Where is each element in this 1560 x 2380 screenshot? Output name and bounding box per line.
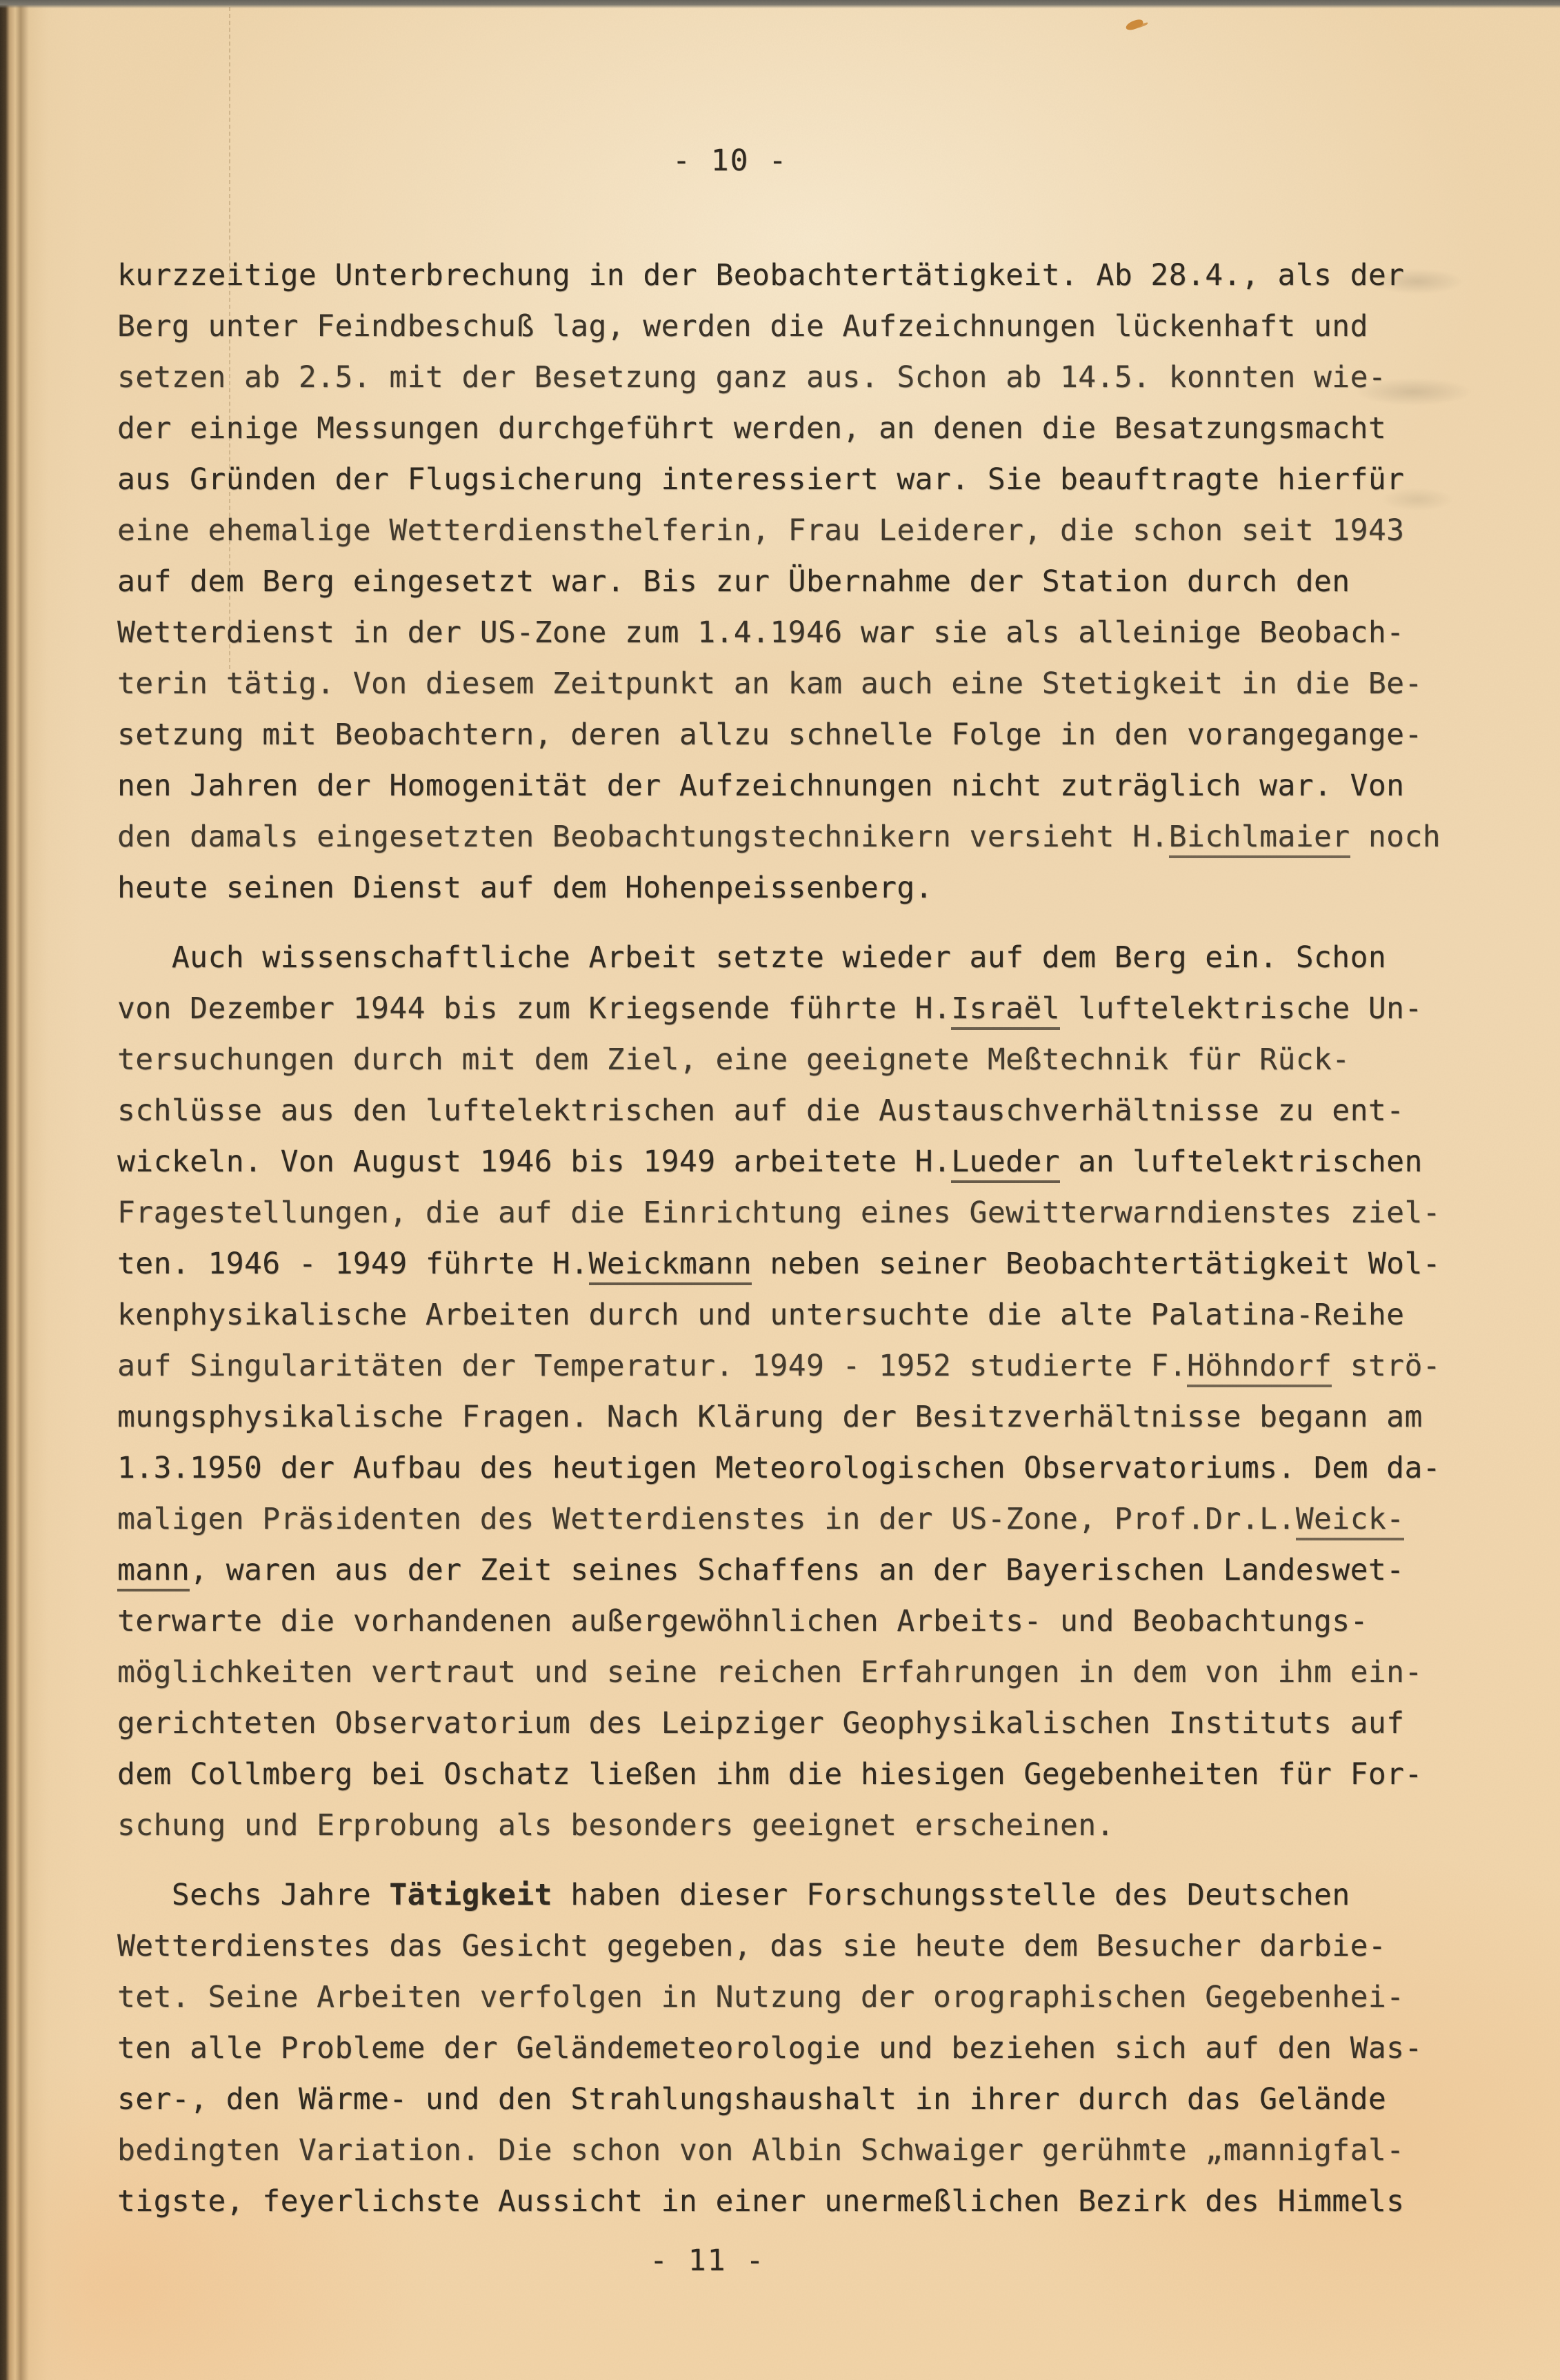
text-segment: neben seiner Beobachtertätigkeit Wol- (752, 1247, 1441, 1281)
text-line: schlüsse aus den luftelektrischen auf di… (117, 1085, 1469, 1136)
text-line: heute seinen Dienst auf dem Hohenpeissen… (117, 862, 1469, 913)
text-line: den damals eingesetzten Beobachtungstech… (117, 811, 1469, 862)
text-segment: bedingten Variation. Die schon von Albin… (117, 2133, 1404, 2168)
text-line: terwarte die vorhandenen außergewöhnlich… (117, 1596, 1469, 1647)
text-segment: Fragestellungen, die auf die Einrichtung… (117, 1196, 1441, 1230)
scan-top-edge (0, 0, 1560, 8)
underlined-name: Lueder (951, 1144, 1060, 1183)
text-line: kurzzeitige Unterbrechung in der Beobach… (117, 250, 1469, 301)
text-line: terin tätig. Von diesem Zeitpunkt an kam… (117, 658, 1469, 709)
text-line: tersuchungen durch mit dem Ziel, eine ge… (117, 1034, 1469, 1085)
underlined-name: Israël (951, 991, 1060, 1030)
paragraph: Auch wissenschaftliche Arbeit setzte wie… (117, 932, 1469, 1851)
text-segment: terwarte die vorhandenen außergewöhnlich… (117, 1604, 1368, 1638)
text-line: aus Gründen der Flugsicherung interessie… (117, 454, 1469, 505)
text-line: ten. 1946 - 1949 führte H.Weickmann nebe… (117, 1238, 1469, 1289)
text-segment: Wetterdienst in der US-Zone zum 1.4.1946… (117, 615, 1404, 650)
text-line: auf Singularitäten der Temperatur. 1949 … (117, 1340, 1469, 1391)
text-line: dem Collmberg bei Oschatz ließen ihm die… (117, 1749, 1469, 1800)
pencil-mark (1125, 18, 1144, 31)
text-line: Sechs Jahre Tätigkeit haben dieser Forsc… (117, 1870, 1469, 1921)
text-segment: heute seinen Dienst auf dem Hohenpeissen… (117, 871, 933, 905)
text-segment: gerichteten Observatorium des Leipziger … (117, 1706, 1404, 1741)
text-segment: ser-, den Wärme- und den Strahlungshaush… (117, 2082, 1386, 2116)
text-line: Berg unter Feindbeschuß lag, werden die … (117, 301, 1469, 352)
book-spine-edge (0, 0, 83, 2380)
text-segment: kenphysikalische Arbeiten durch und unte… (117, 1298, 1404, 1332)
text-line: maligen Präsidenten des Wetterdienstes i… (117, 1494, 1469, 1545)
text-segment: Auch wissenschaftliche Arbeit setzte wie… (117, 940, 1386, 975)
text-segment: möglichkeiten vertraut und seine reichen… (117, 1655, 1423, 1689)
underlined-name: mann (117, 1553, 190, 1591)
text-segment: den damals eingesetzten Beobachtungstech… (117, 820, 1169, 854)
text-segment: 1.3.1950 der Aufbau des heutigen Meteoro… (117, 1451, 1441, 1485)
document-text: kurzzeitige Unterbrechung in der Beobach… (117, 250, 1469, 2227)
text-line: setzen ab 2.5. mit der Besetzung ganz au… (117, 352, 1469, 403)
text-line: mann, waren aus der Zeit seines Schaffen… (117, 1545, 1469, 1596)
text-segment: setzung mit Beobachtern, deren allzu sch… (117, 717, 1423, 752)
text-segment: , waren aus der Zeit seines Schaffens an… (190, 1553, 1404, 1587)
text-segment: aus Gründen der Flugsicherung interessie… (117, 462, 1404, 497)
text-line: Fragestellungen, die auf die Einrichtung… (117, 1187, 1469, 1238)
text-segment: tigste, feyerlichste Aussicht in einer u… (117, 2184, 1404, 2219)
text-line: mungsphysikalische Fragen. Nach Klärung … (117, 1391, 1469, 1442)
text-segment: luftelektrische Un- (1060, 991, 1423, 1026)
text-line: eine ehemalige Wetterdiensthelferin, Fra… (117, 505, 1469, 556)
text-line: tet. Seine Arbeiten verfolgen in Nutzung… (117, 1972, 1469, 2023)
text-line: 1.3.1950 der Aufbau des heutigen Meteoro… (117, 1442, 1469, 1494)
text-segment: schung und Erprobung als besonders geeig… (117, 1808, 1114, 1843)
text-line: bedingten Variation. Die schon von Albin… (117, 2125, 1469, 2176)
text-segment: nen Jahren der Homogenität der Aufzeichn… (117, 768, 1404, 803)
underlined-name: Bichlmaier (1169, 820, 1350, 858)
text-segment: dem Collmberg bei Oschatz ließen ihm die… (117, 1757, 1423, 1792)
scanned-document-page: - 10 - kurzzeitige Unterbrechung in der … (0, 0, 1560, 2380)
text-segment: schlüsse aus den luftelektrischen auf di… (117, 1093, 1404, 1128)
text-segment: Berg unter Feindbeschuß lag, werden die … (117, 309, 1368, 344)
text-segment: ten. 1946 - 1949 führte H. (117, 1247, 589, 1281)
text-line: wickeln. Von August 1946 bis 1949 arbeit… (117, 1136, 1469, 1187)
text-segment: setzen ab 2.5. mit der Besetzung ganz au… (117, 360, 1386, 395)
text-segment: maligen Präsidenten des Wetterdienstes i… (117, 1502, 1296, 1536)
text-segment: wickeln. Von August 1946 bis 1949 arbeit… (117, 1144, 951, 1179)
text-segment: kurzzeitige Unterbrechung in der Beobach… (117, 258, 1404, 292)
text-line: auf dem Berg eingesetzt war. Bis zur Übe… (117, 556, 1469, 607)
paragraph: kurzzeitige Unterbrechung in der Beobach… (117, 250, 1469, 913)
text-segment: von Dezember 1944 bis zum Kriegsende füh… (117, 991, 951, 1026)
text-line: nen Jahren der Homogenität der Aufzeichn… (117, 760, 1469, 811)
text-segment: noch (1350, 820, 1441, 854)
text-segment: der einige Messungen durchgeführt werden… (117, 411, 1386, 446)
page-number-bottom: - 11 - (650, 2243, 765, 2278)
underlined-name: Weickmann (589, 1247, 752, 1285)
text-line: Wetterdienst in der US-Zone zum 1.4.1946… (117, 607, 1469, 658)
text-segment: mungsphysikalische Fragen. Nach Klärung … (117, 1400, 1423, 1434)
text-segment: Wetterdienstes das Gesicht gegeben, das … (117, 1929, 1386, 1963)
text-segment: Tätigkeit (389, 1878, 552, 1912)
text-line: ser-, den Wärme- und den Strahlungshaush… (117, 2074, 1469, 2125)
text-line: der einige Messungen durchgeführt werden… (117, 403, 1469, 454)
text-segment: an luftelektrischen (1060, 1144, 1423, 1179)
text-segment: terin tätig. Von diesem Zeitpunkt an kam… (117, 666, 1423, 701)
text-line: gerichteten Observatorium des Leipziger … (117, 1698, 1469, 1749)
text-segment: tersuchungen durch mit dem Ziel, eine ge… (117, 1042, 1350, 1077)
underlined-name: Weick- (1296, 1502, 1405, 1540)
text-segment: ten alle Probleme der Geländemeteorologi… (117, 2031, 1423, 2065)
text-segment: tet. Seine Arbeiten verfolgen in Nutzung… (117, 1980, 1404, 2014)
text-segment: Sechs Jahre (117, 1878, 389, 1912)
paragraph: Sechs Jahre Tätigkeit haben dieser Forsc… (117, 1870, 1469, 2227)
text-line: Wetterdienstes das Gesicht gegeben, das … (117, 1921, 1469, 1972)
text-line: setzung mit Beobachtern, deren allzu sch… (117, 709, 1469, 760)
text-segment: eine ehemalige Wetterdiensthelferin, Fra… (117, 513, 1404, 548)
text-line: von Dezember 1944 bis zum Kriegsende füh… (117, 983, 1469, 1034)
text-segment: strö- (1332, 1349, 1441, 1383)
text-segment: auf dem Berg eingesetzt war. Bis zur Übe… (117, 564, 1350, 599)
text-line: möglichkeiten vertraut und seine reichen… (117, 1647, 1469, 1698)
underlined-name: Höhndorf (1187, 1349, 1332, 1387)
text-line: tigste, feyerlichste Aussicht in einer u… (117, 2176, 1469, 2227)
text-segment: auf Singularitäten der Temperatur. 1949 … (117, 1349, 1187, 1383)
page-number-top: - 10 - (672, 143, 788, 178)
text-line: Auch wissenschaftliche Arbeit setzte wie… (117, 932, 1469, 983)
text-segment: haben dieser Forschungsstelle des Deutsc… (552, 1878, 1350, 1912)
text-line: kenphysikalische Arbeiten durch und unte… (117, 1289, 1469, 1340)
text-line: ten alle Probleme der Geländemeteorologi… (117, 2023, 1469, 2074)
text-line: schung und Erprobung als besonders geeig… (117, 1800, 1469, 1851)
